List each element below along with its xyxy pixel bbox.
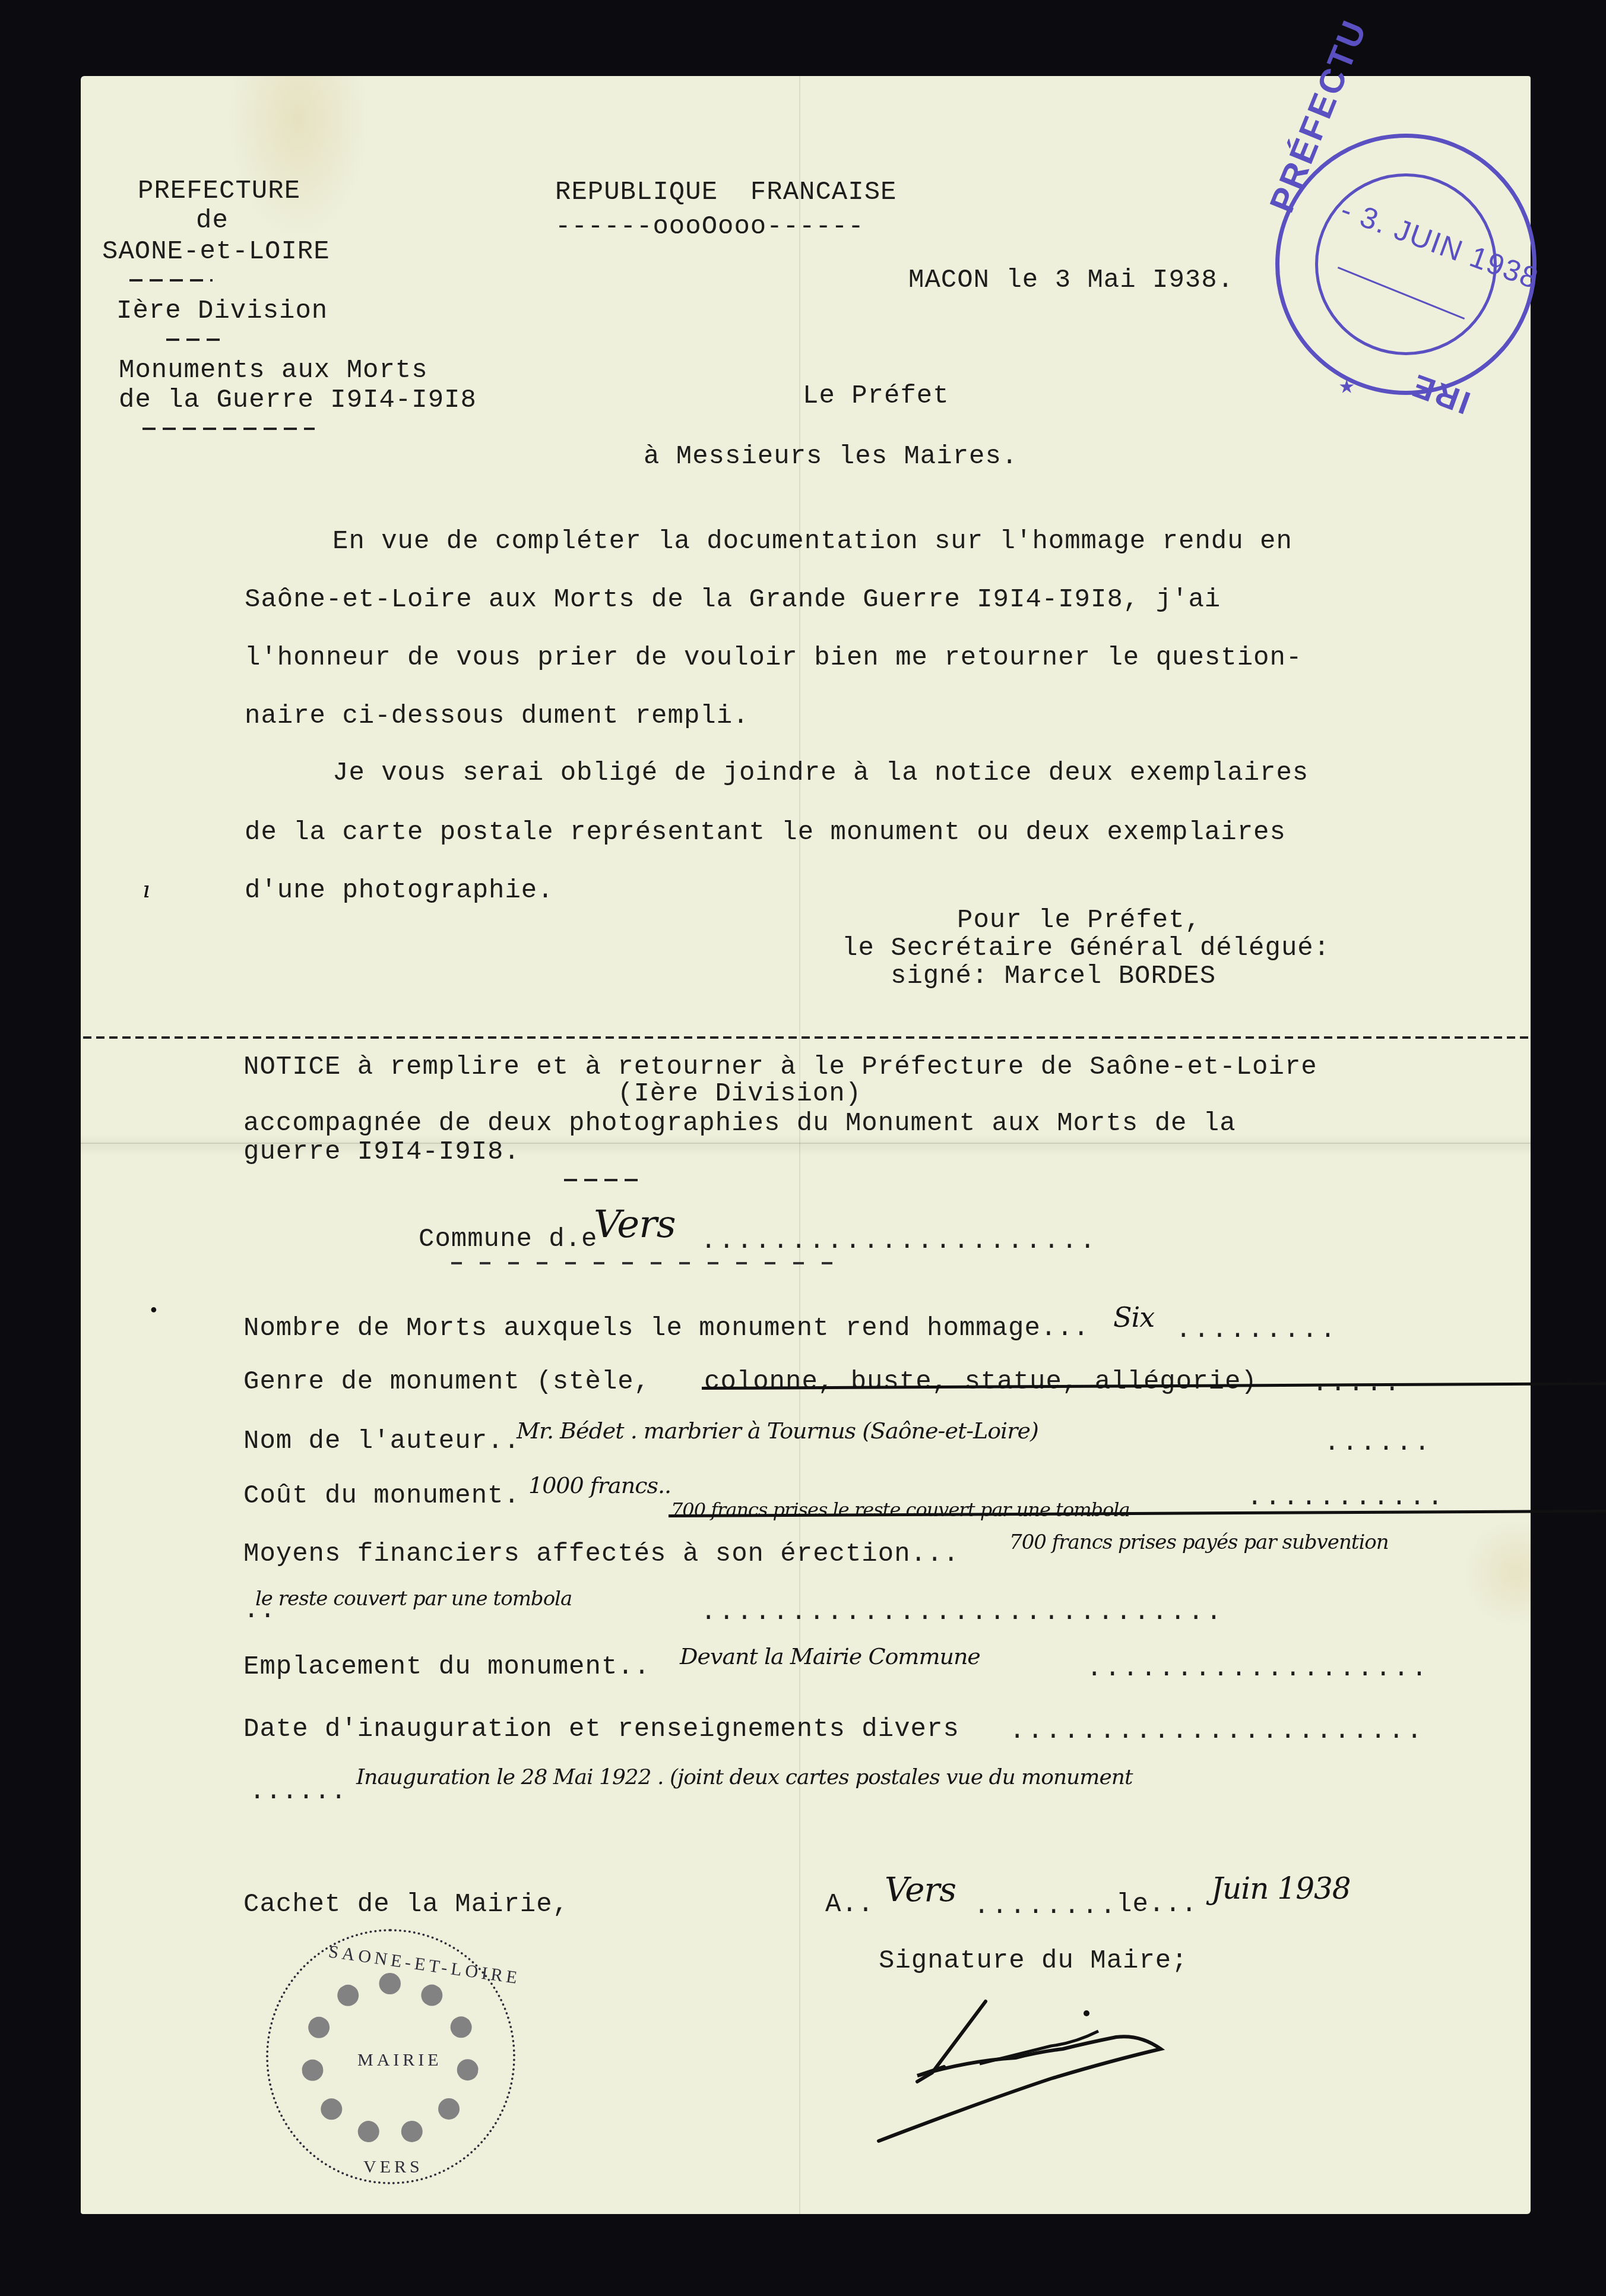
prefecture-stamp: PRÉFECTU - 3. JUIN 1938 ★ IRE (1275, 134, 1537, 395)
divider (564, 1179, 641, 1181)
field-moyens-cont-value[interactable]: le reste couvert par une tombola (255, 1589, 572, 1609)
star-icon: ★ (1339, 369, 1355, 401)
field-emplacement-label: Emplacement du monument.. (243, 1654, 650, 1680)
cachet-label: Cachet de la Mairie, (243, 1892, 569, 1918)
cut-line (83, 1036, 1532, 1039)
body-p2-line3: d'une photographie. (245, 878, 554, 904)
republic-title: REPUBLIQUE FRANCAISE (555, 179, 897, 205)
notice-line-3: accompagnée de deux photographies du Mon… (243, 1111, 1236, 1137)
field-cout-label: Coût du monument. (243, 1483, 520, 1509)
place-dots: ........ (974, 1892, 1118, 1921)
field-emplacement-dots: ................... (1086, 1654, 1430, 1684)
sig-line-1: Pour le Préfet, (957, 907, 1201, 934)
field-date-label: Date d'inauguration et renseignements di… (243, 1716, 959, 1742)
department-name: SAONE-et-LOIRE (102, 239, 330, 265)
commune-label: Commune d.e (419, 1226, 597, 1253)
divider (451, 1262, 843, 1264)
notice-line-4: guerre I9I4-I9I8. (243, 1139, 520, 1165)
field-genre-label: Genre de monument (stèle, (243, 1369, 667, 1395)
commune-value[interactable]: Vers (594, 1206, 676, 1244)
divider (142, 428, 315, 430)
prefecture-label: PREFECTURE (138, 178, 300, 204)
body-p1-line4: naire ci-dessous dument rempli. (245, 703, 749, 729)
field-auteur-label: Nom de l'auteur.. (243, 1428, 520, 1454)
place-prefix: A.. (825, 1892, 874, 1918)
field-genre-dots: ..... (1312, 1369, 1402, 1399)
divider (166, 339, 223, 341)
date-prefix: le... (1116, 1892, 1198, 1918)
field-genre-struck: colonne, buste, statue, allégorie) (704, 1369, 1606, 1395)
body-p2-line2: de la carte postale représentant le monu… (245, 820, 1286, 846)
mairie-stamp: SAONE-ET-LOIRE MAIRIE VERS (266, 1929, 515, 2184)
notice-line-1: NOTICE à remplire et à retourner à le Pr… (243, 1054, 1317, 1080)
subject-line-2: de la Guerre I9I4-I9I8 (119, 387, 477, 413)
divider (129, 279, 213, 282)
field-morts-label: Nombre de Morts auxquels le monument ren… (243, 1315, 1089, 1342)
field-morts-value[interactable]: Six (1113, 1304, 1154, 1331)
margin-mark: ı (142, 876, 150, 903)
date-line: MACON le 3 Mai I938. (908, 267, 1234, 293)
sig-line-2: le Secrétaire Général délégué: (842, 935, 1330, 962)
commune-dots: ...................... (701, 1226, 1098, 1256)
field-moyens-cont-dots: ............................. (701, 1598, 1224, 1627)
field-auteur-dots: ...... (1324, 1428, 1432, 1458)
field-cout-dots: ........... (1247, 1483, 1445, 1513)
field-date-dots: ....................... (1009, 1716, 1424, 1746)
body-p1-line2: Saône-et-Loire aux Morts de la Grande Gu… (245, 587, 1221, 613)
field-morts-dots: ......... (1176, 1315, 1338, 1345)
field-cout-struck: 700 francs prises le reste couvert par u… (671, 1500, 1606, 1519)
prefecture-de: de (196, 208, 229, 234)
division-label: Ière Division (116, 298, 328, 324)
field-moyens-value[interactable]: 700 francs prises payés par subvention (1009, 1532, 1389, 1552)
field-date-cont-label: ...... (249, 1779, 347, 1805)
field-cout-value[interactable]: 1000 francs.. (528, 1474, 671, 1497)
signature-label: Signature du Maire; (879, 1948, 1188, 1974)
mayor-signature (861, 1990, 1288, 2144)
header-ornament: ------oooOooo------ (555, 214, 864, 240)
vertical-fold-line (799, 76, 800, 2214)
body-p2-line1: Je vous serai obligé de joindre à la not… (332, 760, 1309, 786)
body-p1-line1: En vue de compléter la documentation sur… (332, 529, 1293, 555)
field-auteur-value[interactable]: Mr. Bédet . marbrier à Tournus (Saône-et… (517, 1419, 1038, 1442)
mairie-stamp-center: MAIRIE (357, 2050, 442, 2070)
place-value[interactable]: Vers (885, 1874, 956, 1907)
recipient: à Messieurs les Maires. (644, 444, 1018, 470)
field-date-cont-value[interactable]: Inauguration le 28 Mai 1922 . (joint deu… (356, 1767, 1132, 1788)
sender: Le Préfet (803, 383, 949, 409)
field-moyens-label: Moyens financiers affectés à son érectio… (243, 1541, 959, 1567)
mairie-stamp-bottom: VERS (363, 2157, 423, 2177)
margin-mark: • (148, 1301, 159, 1321)
subject-line-1: Monuments aux Morts (119, 358, 428, 384)
body-p1-line3: l'honneur de vous prier de vouloir bien … (245, 645, 1302, 671)
field-emplacement-value[interactable]: Devant la Mairie Commune (680, 1645, 980, 1668)
sig-line-3: signé: Marcel BORDES (891, 963, 1216, 989)
date-value[interactable]: Juin 1938 (1211, 1874, 1351, 1903)
notice-line-2: (Ière Division) (617, 1081, 861, 1107)
